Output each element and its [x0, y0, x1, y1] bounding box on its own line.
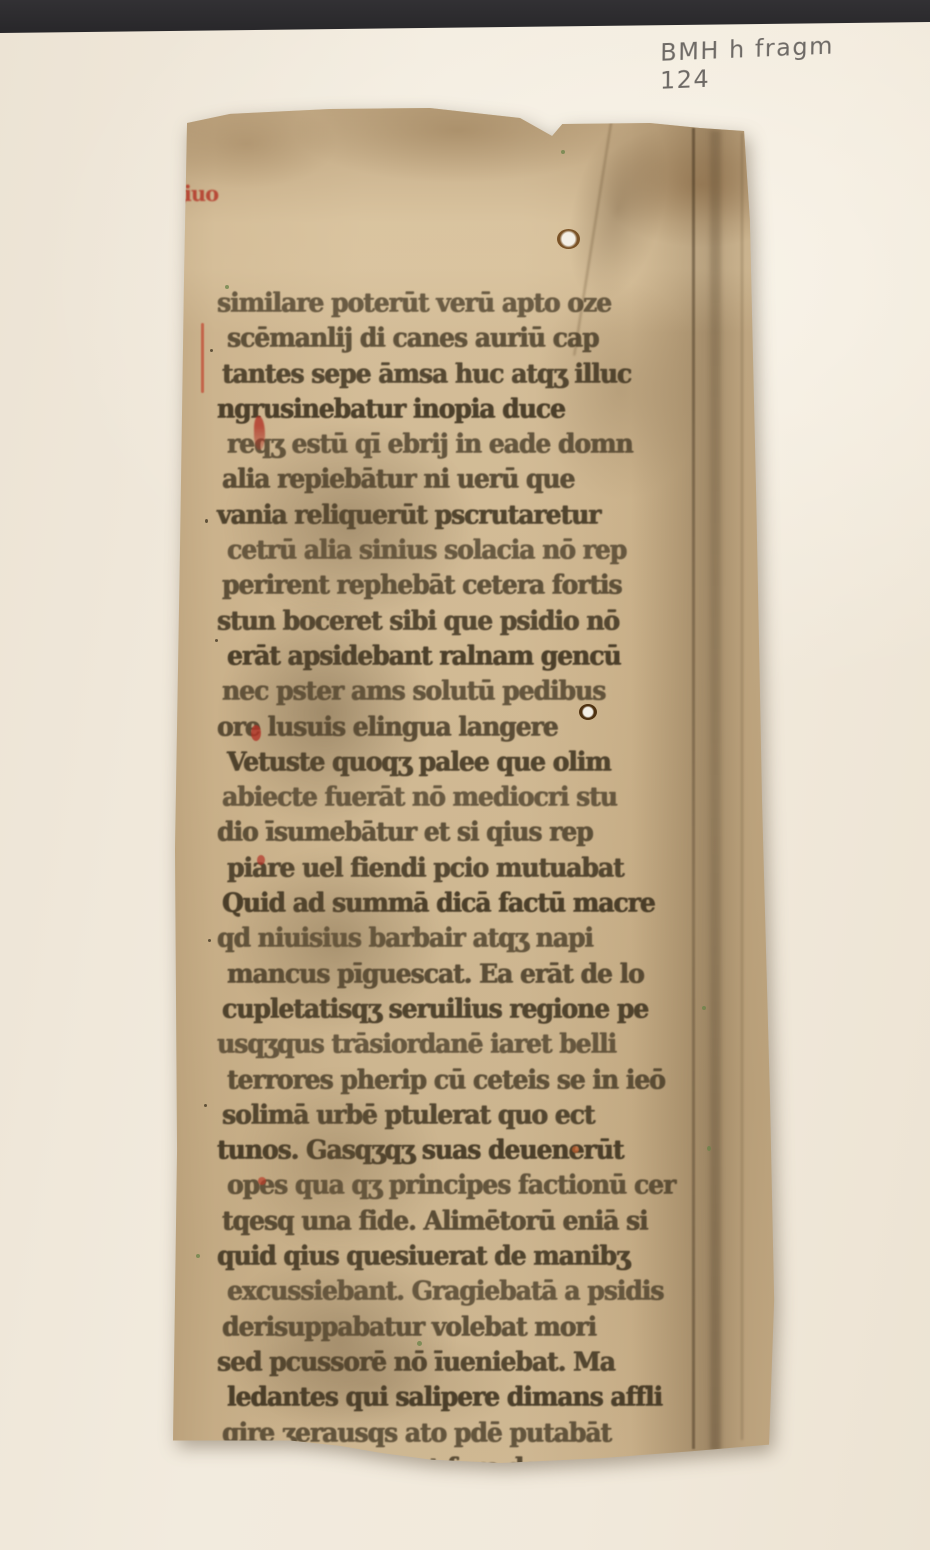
manuscript-text-line: ledantes qui salipere dimans affli — [227, 1379, 700, 1414]
stain — [552, 106, 685, 312]
manuscript-text-line: alia repiebātur ni uerū que — [222, 461, 700, 496]
text-block: similare poterūt verū apto ozescēmanlij … — [222, 285, 700, 1520]
worm-hole — [557, 229, 580, 249]
mould-speck — [196, 1254, 200, 1258]
parchment-leaf: ʒiuo similare poterūt verū apto ozescēma… — [170, 103, 810, 1465]
mould-speck — [561, 150, 565, 154]
manuscript-text-line: abiecte fuerāt nō mediocri stu — [222, 779, 700, 814]
ink-speck — [204, 1104, 207, 1107]
manuscript-text-line: Vetuste quoqʒ palee que olim — [227, 744, 700, 779]
manuscript-text-line: solimā urbē ptulerat quo ect — [222, 1097, 700, 1132]
red-ink-fleck — [251, 725, 261, 741]
manuscript-text-line: ngrusinebatur inopia duce — [217, 391, 700, 426]
photo-scene: BMH h fragm 124 ʒiuo similare poterūt ve… — [0, 0, 930, 1550]
manuscript-text-line: Quid ad summā dicā factū macre — [222, 885, 700, 920]
manuscript-text-line: tunos. Gasqʒqʒ suas deuenerūt — [217, 1132, 700, 1167]
manuscript-text-line: ore lusuis elingua langere — [217, 709, 700, 744]
manuscript-text-line: opes qua qʒ principes factionū cer — [227, 1167, 700, 1202]
manuscript-text-line: vania reliquerūt pscrutaretur — [217, 497, 700, 532]
mould-speck — [417, 1341, 422, 1346]
manuscript-text-line: perirent rephebāt cetera fortis — [222, 567, 700, 602]
manuscript-text-line: nec pster ams solutū pedibus — [222, 673, 700, 708]
manuscript-text-line: iose asta uo litate assueta asti — [227, 1485, 700, 1520]
red-ink-fleck — [257, 855, 265, 865]
manuscript-text-line: mancus pīguescat. Ea erāt de lo — [227, 956, 700, 991]
manuscript-text-line: tantes sepe āmsa huc atqʒ illuc — [222, 356, 700, 391]
manuscript-text-line: sed pcussorē nō īueniebat. Ma — [217, 1344, 700, 1379]
manuscript-text-line: similare poterūt verū apto oze — [217, 285, 700, 320]
red-ink-fleck — [258, 1177, 266, 1185]
fold-crease — [741, 133, 743, 1441]
red-ink-fleck — [572, 1146, 579, 1153]
red-ruling-line — [201, 323, 204, 393]
ink-speck — [205, 519, 208, 523]
manuscript-text-line: derisuppabatur volebat mori — [222, 1309, 700, 1344]
ink-speck — [215, 639, 218, 642]
manuscript-text-line: dio īsumebātur et si qius rep — [217, 814, 700, 849]
manuscript-fragment: ʒiuo similare poterūt verū apto ozescēma… — [170, 103, 810, 1465]
mould-speck — [225, 285, 229, 289]
manuscript-text-line: cupletatisqʒ seruilius regione pe — [222, 991, 700, 1026]
manuscript-text-line: quid qius quesiuerat de manibʒ — [217, 1238, 700, 1273]
manuscript-text-line: terrores pherip cū ceteis se in ieō — [227, 1061, 700, 1096]
manuscript-text-line: tqesq una fide. Alimētorū eniā si — [222, 1203, 700, 1238]
mould-speck — [702, 1006, 706, 1010]
red-paraph-mark — [254, 416, 265, 450]
manuscript-text-line: stun boceret sibi que psidio nō — [217, 603, 700, 638]
ink-speck — [210, 349, 213, 352]
manuscript-text-line: gire ʒerausqs ato pdē putabāt — [222, 1414, 700, 1449]
worm-hole — [579, 704, 597, 720]
shelfmark-annotation: BMH h fragm 124 — [660, 29, 890, 95]
manuscript-text-line: piare uel fiendi pcio mutuabat — [227, 850, 700, 885]
manuscript-text-line: excussiebant. Gragiebatā a psidis — [227, 1273, 700, 1308]
fold-crease-band — [710, 130, 721, 1451]
manuscript-text-line: qd niuisius barbair atqʒ napi — [217, 920, 700, 955]
manuscript-text-line: reqʒ estū qī ebrij in eade domn — [227, 426, 700, 461]
ink-speck — [208, 939, 211, 942]
manuscript-text-line: usqʒqus trāsiordanē iaret belli — [217, 1026, 700, 1061]
manuscript-text-line: scēmanlij di canes auriū cap — [227, 320, 700, 355]
mould-speck — [707, 1146, 711, 1151]
rubric-inscription: ʒiuo — [173, 181, 218, 206]
manuscript-text-line: erāt apsidebant ralnam gencū — [227, 638, 700, 673]
manuscript-text-line: q deo undiq dant fore deserentt — [217, 1450, 700, 1485]
manuscript-text-line: cetrū alia sinius solacia nō rep — [227, 532, 700, 567]
